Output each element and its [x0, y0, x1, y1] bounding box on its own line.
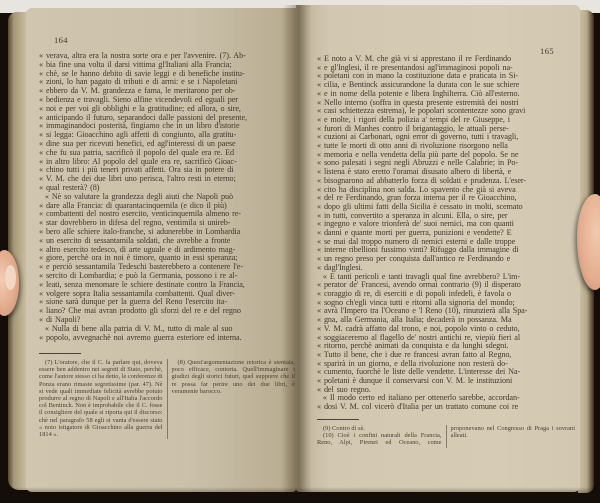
text-line: « popolo, avvegnachè noi avremo guerra e… [39, 334, 295, 343]
text-line: « dine sua per ricevuti benefici, ed agl… [39, 140, 295, 149]
footnote-paragraph: (9) Contro di sè. [317, 425, 442, 432]
text-line: « e in nome della potente e libera Inghi… [317, 90, 575, 99]
footnote-rule [39, 353, 81, 354]
text-line: « dosi V. M. col vicerò d'Italia per un … [317, 403, 575, 412]
text-line: « cuzioni ai Carbonari, ogni error di go… [317, 133, 575, 142]
text-line: « sono palesati i segni negli Abruzzi e … [317, 159, 575, 168]
text-line: « Nello interno (soffra in questa presen… [317, 99, 575, 108]
text-line: « V. M. che dei due libri uno perisca, l… [39, 175, 295, 184]
text-line: « perator de' Francesi, avendo ormai con… [317, 281, 575, 290]
text-line: « zioni, lo han pagato di tributi e di a… [39, 78, 295, 87]
left-page: 164 « verava, altra era la nostra sorte … [26, 8, 296, 492]
text-line: « sogno ch'egli vinca tutti e ritorni al… [317, 299, 575, 308]
text-line: « e perciò sessantamila Tedeschi bastere… [39, 263, 295, 272]
text-line: « e molte, i rigori della polizia a' tem… [317, 116, 575, 125]
text-line: « bisognarono ad abbatterlo forza di sol… [317, 177, 575, 186]
text-line: « che fu sua patria, sacrificò il popolo… [39, 149, 295, 158]
text-line: « ebbero da V. M. grandezza e fama, le m… [39, 87, 295, 96]
fingernail [5, 265, 16, 290]
text-line: « se mai dal troppo numero di nemici est… [317, 238, 575, 247]
text-line: « anticipando il futuro, separandoci dal… [39, 114, 295, 123]
text-line: « del suo regno. [317, 386, 575, 395]
text-line: « E tanti pericoli e tanti travagli qual… [317, 273, 575, 282]
text-line: « coraggio di re, di eserciti e di popol… [317, 290, 575, 299]
text-line: « liano? Che mai avran prodotto gli sfor… [39, 307, 295, 316]
text-line: « e gl'Inglesi, il re presentandosi agl'… [317, 64, 575, 73]
text-line: « giore, perchè ora in noi è timore, qua… [39, 254, 295, 263]
text-line: « chè, se le hanno debito di savie leggi… [39, 70, 295, 79]
text-line: « qual resterà? (8) [39, 184, 295, 193]
text-line: « soggiaceremo al flagello de' nostri an… [317, 334, 575, 343]
text-line: « si legga: Gioacchino agli affetti di c… [39, 131, 295, 140]
text-line: « dare alla Francia: di quarantacinquemi… [39, 202, 295, 211]
left-page-footnotes: (7) L'oratore, che il C. fa parlare qui,… [39, 359, 295, 439]
text-line: « sparirà in un giorno, e della rivoluzi… [317, 360, 575, 369]
footnote-rule [317, 419, 359, 420]
text-line: « combattenti del nostro esercito, venti… [39, 210, 295, 219]
text-line: « di Napoli? [39, 316, 295, 325]
right-page-footnotes: (9) Contro di sè.(10) Cioè i confini nat… [317, 425, 575, 448]
text-line: « interne ribellioni fussimo vinti? Rifu… [317, 246, 575, 255]
text-line: « danni e quante morti per guerra, puniz… [317, 229, 575, 238]
right-page-body: « E noto a V. M. che già vi si apprestan… [317, 55, 575, 412]
text-line: « tutte le morti di otto anni di rivoluz… [317, 142, 575, 151]
text-line: « altro esercito tedesco, di arte uguale… [39, 246, 295, 255]
text-line: « un regno preso per conquista dall'anti… [317, 255, 575, 264]
text-line: « E noto a V. M. che già vi si apprestan… [317, 55, 575, 64]
text-line: « sione sarà dunque per la guerra del Re… [39, 298, 295, 307]
text-line: « listena è stato eretto l'oramai disusa… [317, 168, 575, 177]
text-line: « memoria e nella vendetta della più par… [317, 151, 575, 160]
text-line: « furori di Manhes contro il brigantaggi… [317, 125, 575, 134]
text-line: « ritorno, perchè animati da conquista e… [317, 342, 575, 351]
text-line: « sercito di Lombardia; e può la Germani… [39, 272, 295, 281]
book-photo: 164 « verava, altra era la nostra sorte … [0, 0, 600, 503]
text-line: « cilia, e Bentinck assicurandone la dur… [317, 81, 575, 90]
text-line: « casi schiettezza estrema), le popolari… [317, 107, 575, 116]
text-line: « noi e per voi gli obblighi e la gratit… [39, 105, 295, 114]
text-line: « cito ha disciplina non salda. Lo spave… [317, 186, 575, 195]
left-page-number: 164 [54, 35, 68, 45]
text-line: « Tutto il bene, che i due re francesi a… [317, 351, 575, 360]
text-line: « cumento, fuorchè le liste delle vendet… [317, 368, 575, 377]
text-line: « Nè so valutare la grandezza degli aiut… [39, 193, 295, 202]
text-line: « V. M. cadrà affatto dal trono, e noi, … [317, 325, 575, 334]
text-line: « Il modo certo ed italiano per ottenerl… [317, 394, 575, 403]
left-page-body: « verava, altra era la nostra sorte ora … [39, 52, 295, 342]
text-line: « dopo gli ultimi fatti della Sicilia è … [317, 203, 575, 212]
text-line: « bedienza e travagli. Sieno alfine vice… [39, 96, 295, 105]
text-line: « Nulla di bene alla patria di V. M., tu… [39, 325, 295, 334]
text-line: « dagl'Inglesi. [317, 264, 575, 273]
text-line: « in tutti, convertito a speranza in alc… [317, 212, 575, 221]
text-line: « ingegno e valore trionferà de' suoi ne… [317, 220, 575, 229]
text-line: « immaginandoci posterità, fingiamo che … [39, 122, 295, 131]
text-line: « star dovrebbero in difesa del regno, v… [39, 219, 295, 228]
right-page: 165 « E noto a V. M. che già vi si appre… [296, 5, 580, 492]
text-line: « bia fine una volta il darsi vittima gl… [39, 61, 295, 70]
text-line: « bero alle schiere italo-franche, si ad… [39, 228, 295, 237]
text-line: « verava, altra era la nostra sorte ora … [39, 52, 295, 61]
text-line: « poletani con in mano la costituzione d… [317, 72, 575, 81]
text-line: « volgere sopra Italia sessantamila comb… [39, 290, 295, 299]
text-line: « poletani è dunque il conservarsi con V… [317, 377, 575, 386]
text-line: « un esercito di sessantamila soldati, c… [39, 237, 295, 246]
footnote-paragraph: (8) Quest'argomentazione retorica è sten… [172, 359, 296, 395]
footnote-paragraph: (7) L'oratore, che il C. fa parlare qui,… [39, 359, 163, 438]
text-line: « del re Ferdinando, gran forza interna … [317, 194, 575, 203]
text-line: « chino tutti i più teneri privati affet… [39, 166, 295, 175]
text-line: « in altro libro: Al popolo del quale er… [39, 158, 295, 167]
text-line: « gna, alla Germania, alla Italia; decad… [317, 316, 575, 325]
text-line: « avrà l'Impero tra l'Oceano e 'l Reno (… [317, 307, 575, 316]
text-line: « leati, senza menomare le schiere desti… [39, 281, 295, 290]
